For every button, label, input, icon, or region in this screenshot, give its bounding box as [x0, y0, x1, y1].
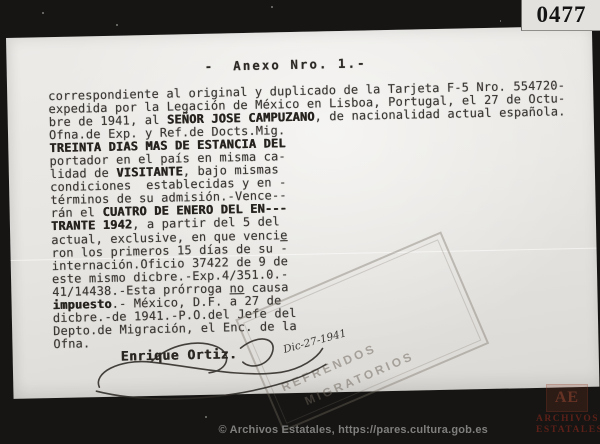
scan-page: { "page": { "corner_number": "0477", "wa…	[0, 0, 600, 444]
ae-logo-text: ARCHIVOS ESTATALES	[536, 414, 598, 435]
dust-speck	[205, 416, 207, 418]
ae-logo-line1: ARCHIVOS	[536, 414, 598, 425]
page-number: 0477	[537, 0, 587, 30]
signature-flourish	[90, 324, 342, 409]
dust-speck	[42, 12, 44, 14]
dust-speck	[271, 6, 273, 8]
scan-background: - Anexo Nro. 1.- correspondiente al orig…	[0, 0, 600, 444]
ae-logo-line2: ESTATALES	[536, 425, 598, 436]
archivos-estatales-logo: AE ARCHIVOS ESTATALES	[536, 384, 598, 444]
dust-speck	[116, 24, 118, 26]
document-paper: - Anexo Nro. 1.- correspondiente al orig…	[6, 26, 599, 399]
page-number-box: 0477	[521, 0, 600, 31]
document-heading: - Anexo Nro. 1.-	[204, 55, 366, 73]
dust-speck	[500, 20, 501, 22]
ae-logo-mark: AE	[546, 384, 588, 412]
signature-typed-name: Enrique Ortiz.	[121, 347, 238, 364]
copyright-watermark: © Archivos Estatales, https://pares.cult…	[218, 424, 488, 436]
